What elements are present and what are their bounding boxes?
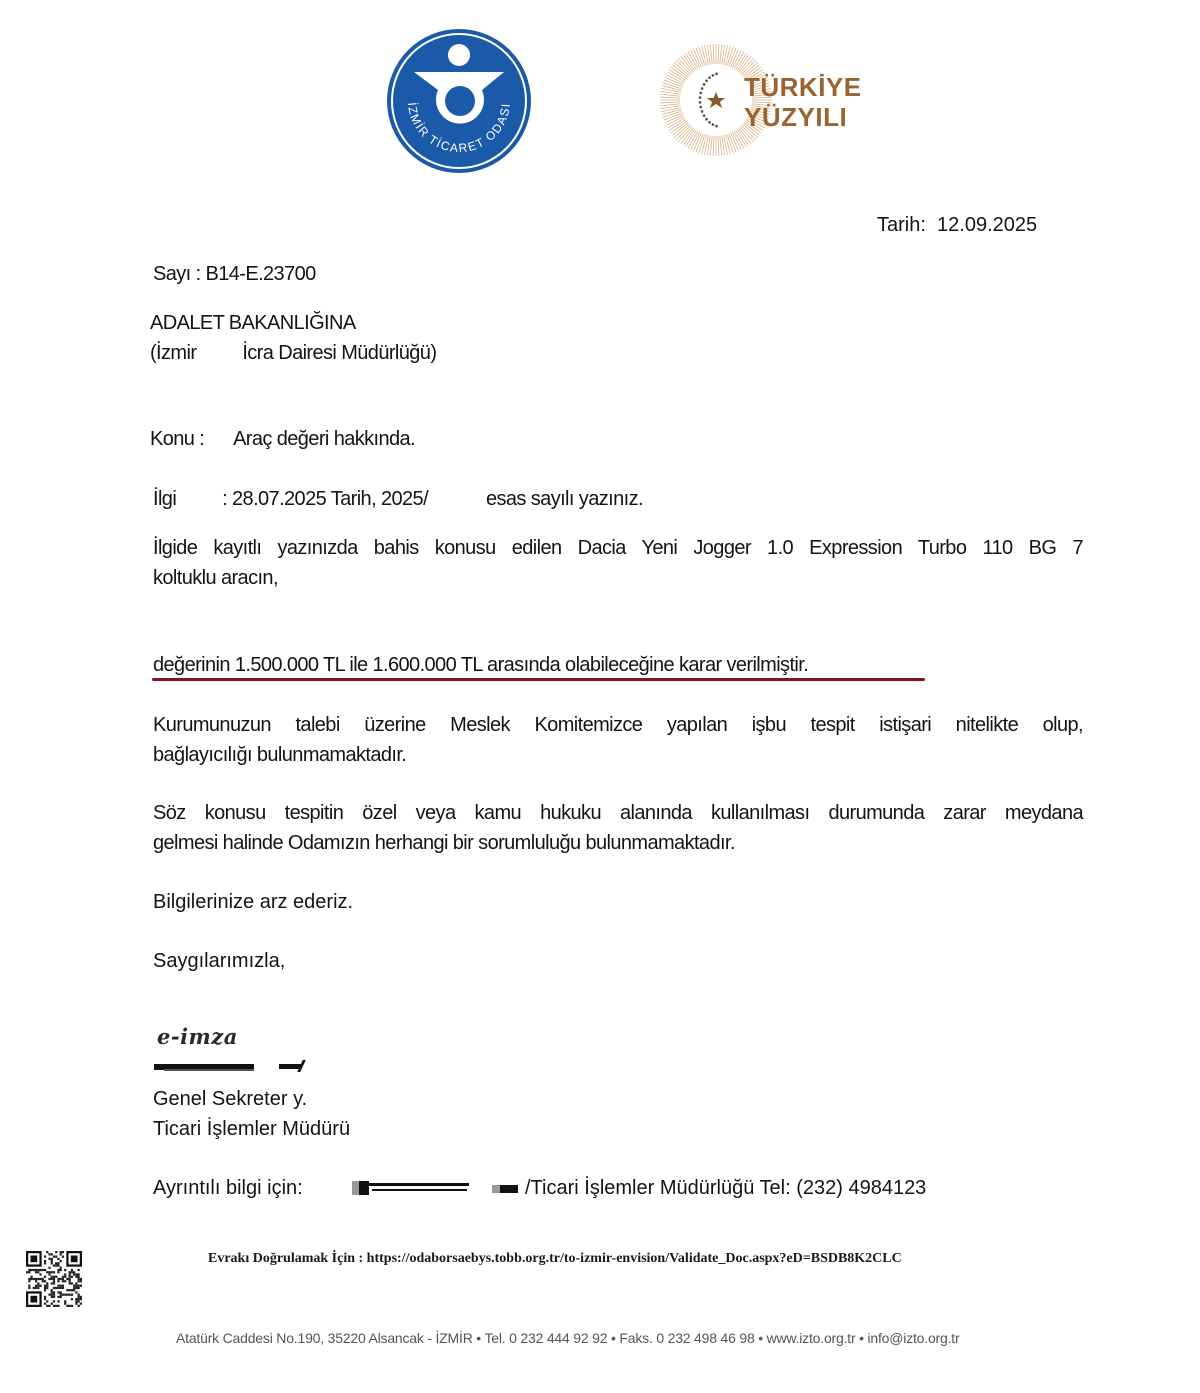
paragraph-2-line-1: Kurumunuzun talebi üzerine Meslek Komite… [153, 710, 1083, 740]
recipient-line-1: ADALET BAKANLIĞINA [150, 308, 356, 338]
svg-text:TÜRKİYE: TÜRKİYE [744, 72, 862, 102]
paragraph-3-line-1: Söz konusu tespitin özel veya kamu hukuk… [153, 798, 1083, 828]
contact-label: Ayrıntılı bilgi için: [153, 1173, 303, 1203]
recipient-city: (İzmir [150, 342, 196, 364]
validation-link[interactable]: Evrakı Doğrulamak İçin : https://odabors… [208, 1251, 902, 1267]
reference-label: İlgi [153, 488, 176, 510]
decision-text: değerinin 1.500.000 TL ile 1.600.000 TL … [153, 650, 808, 680]
closing-line-1: Bilgilerinize arz ederiz. [153, 887, 353, 917]
contact-department-phone: /Ticari İşlemler Müdürlüğü Tel: (232) 49… [525, 1173, 926, 1203]
svg-text:1885: 1885 [450, 123, 470, 133]
signer-title-1: Genel Sekreter y. [153, 1084, 307, 1114]
qr-code [26, 1251, 82, 1307]
date-label: Tarih: [877, 214, 926, 236]
paragraph-1-line-2: koltuklu aracın, [153, 563, 278, 593]
signer-title-2: Ticari İşlemler Müdürü [153, 1114, 350, 1144]
footer-address: Atatürk Caddesi No.190, 35220 Alsancak -… [176, 1330, 959, 1346]
redacted-contact-name [352, 1180, 520, 1196]
paragraph-3-line-2: gelmesi halinde Odamızın herhangi bir so… [153, 828, 735, 858]
reference-line: İlgi : 28.07.2025 Tarih, 2025/ esas sayı… [153, 484, 643, 514]
subject-label: Konu : [150, 428, 204, 450]
redacted-signer-name [154, 1060, 304, 1076]
izmir-ticaret-odasi-logo: 1885 İZMİR TİCARET ODASI [386, 28, 532, 174]
date-line: Tarih: 12.09.2025 [877, 210, 1037, 240]
recipient-line-2: (İzmir İcra Dairesi Müdürlüğü) [150, 338, 436, 368]
reference-value-end: esas sayılı yazınız. [486, 488, 643, 510]
subject-value: Araç değeri hakkında. [233, 428, 415, 450]
paragraph-1-line-1: İlgide kayıtlı yazınızda bahis konusu ed… [153, 533, 1083, 563]
reference-value: : 28.07.2025 Tarih, 2025/ [222, 488, 428, 510]
turkiye-yuzyili-logo: TÜRKİYE YÜZYILI [634, 44, 874, 156]
reference-number: Sayı : B14-E.23700 [153, 259, 316, 289]
date-value: 12.09.2025 [937, 214, 1037, 236]
closing-line-2: Saygılarımızla, [153, 946, 285, 976]
recipient-office: İcra Dairesi Müdürlüğü) [242, 342, 436, 364]
paragraph-2-line-2: bağlayıcılığı bulunmamaktadır. [153, 740, 406, 770]
decision-underline [152, 678, 925, 681]
svg-text:YÜZYILI: YÜZYILI [744, 102, 847, 132]
e-signature-mark: e-imza [157, 1024, 238, 1049]
subject-line: Konu : Araç değeri hakkında. [150, 424, 415, 454]
